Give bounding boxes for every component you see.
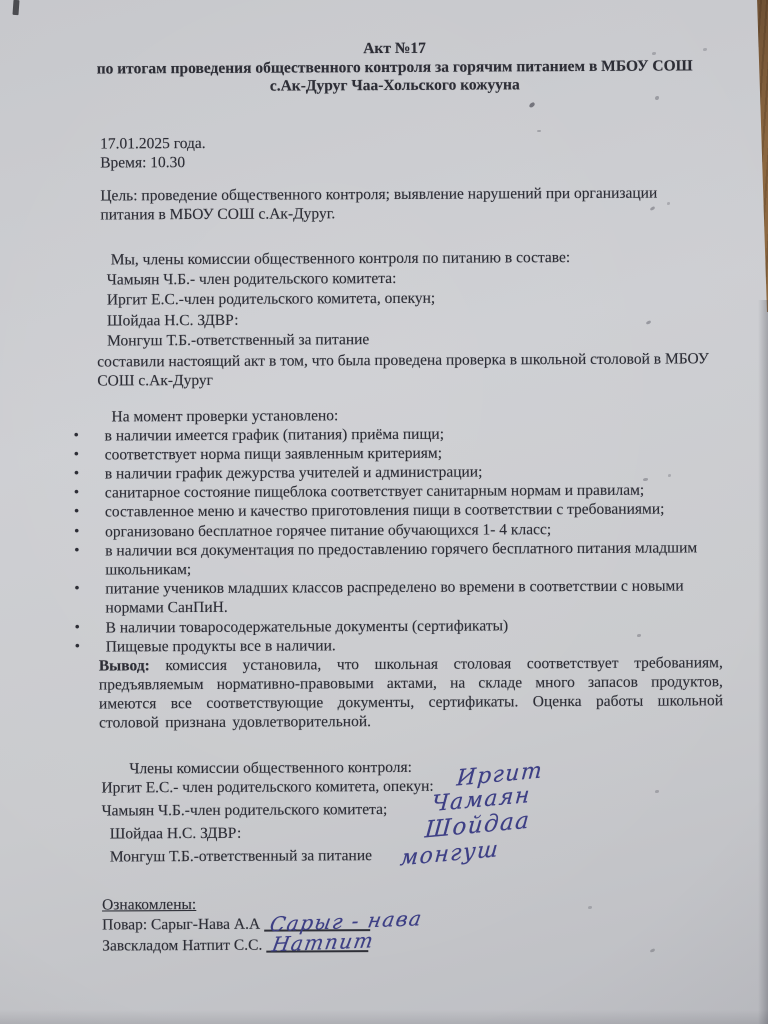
signature-row: Шойдаа Н.С. ЗДВР: Шойдаа (110, 821, 724, 847)
commission-members-list: Чамыян Ч.Б.- член родительского комитета… (107, 267, 721, 352)
signer-label: Иргит Е.С.- член родительского комитета,… (101, 778, 433, 797)
scanned-act-document: Акт №17 по итогам проведения общественно… (0, 0, 768, 1024)
findings-list: в наличии имеется график (питания) приём… (72, 423, 723, 657)
signature-line: Натпит (266, 937, 368, 954)
document-content: Акт №17 по итогам проведения общественно… (0, 0, 768, 1024)
conclusion-paragraph: Вывод: комиссия установила, что школьная… (99, 653, 723, 732)
handwritten-signature: Натпит (271, 931, 376, 955)
act-statement: составили настоящий акт в том, что была … (97, 349, 729, 390)
acknowledged-label: Завскладом Натпит С.С. (102, 937, 262, 955)
finding-item: в наличии вся документация по предоставл… (72, 538, 722, 580)
signer-label: Чамыян Ч.Б.-член родительского комитета; (102, 801, 388, 819)
document-title: Акт №17 по итогам проведения общественно… (70, 38, 720, 97)
acknowledged-heading-text: Ознакомлены: (102, 896, 196, 913)
conclusion-text: комиссия установила, что школьная столов… (99, 654, 723, 731)
acknowledged-label: Повар: Сарыг-Нава А.А (102, 916, 260, 934)
signature-row: Чамыян Ч.Б.-член родительского комитета;… (102, 798, 724, 824)
signature-row: Иргит Е.С.- член родительского комитета,… (101, 775, 723, 801)
act-time: Время: 10.30 (100, 150, 720, 172)
commission-intro: Мы, члены комиссии общественного контрол… (111, 247, 721, 269)
signer-label: Шойдаа Н.С. ЗДВР: (110, 825, 242, 843)
finding-item: питание учеников младших классов распред… (72, 576, 722, 618)
signer-label: Монгуш Т.Б.-ответственный за питание (110, 847, 372, 865)
conclusion-label: Вывод: (99, 657, 150, 674)
title-line-2: по итогам проведения общественного контр… (70, 57, 720, 79)
signature-row: Монгуш Т.Б.-ответственный за питание мон… (110, 844, 724, 870)
purpose-paragraph: Цель: проведение общественного контроля;… (100, 183, 700, 224)
finding-item: Пищевые продукты все в наличии. (73, 634, 723, 657)
date-time-block: 17.01.2025 года. Время: 10.30 (100, 131, 720, 172)
title-line-3: с.Ак-Дуруг Чаа-Хольского кожууна (70, 75, 720, 97)
acknowledged-row: Завскладом Натпит С.С.Натпит (102, 933, 724, 958)
